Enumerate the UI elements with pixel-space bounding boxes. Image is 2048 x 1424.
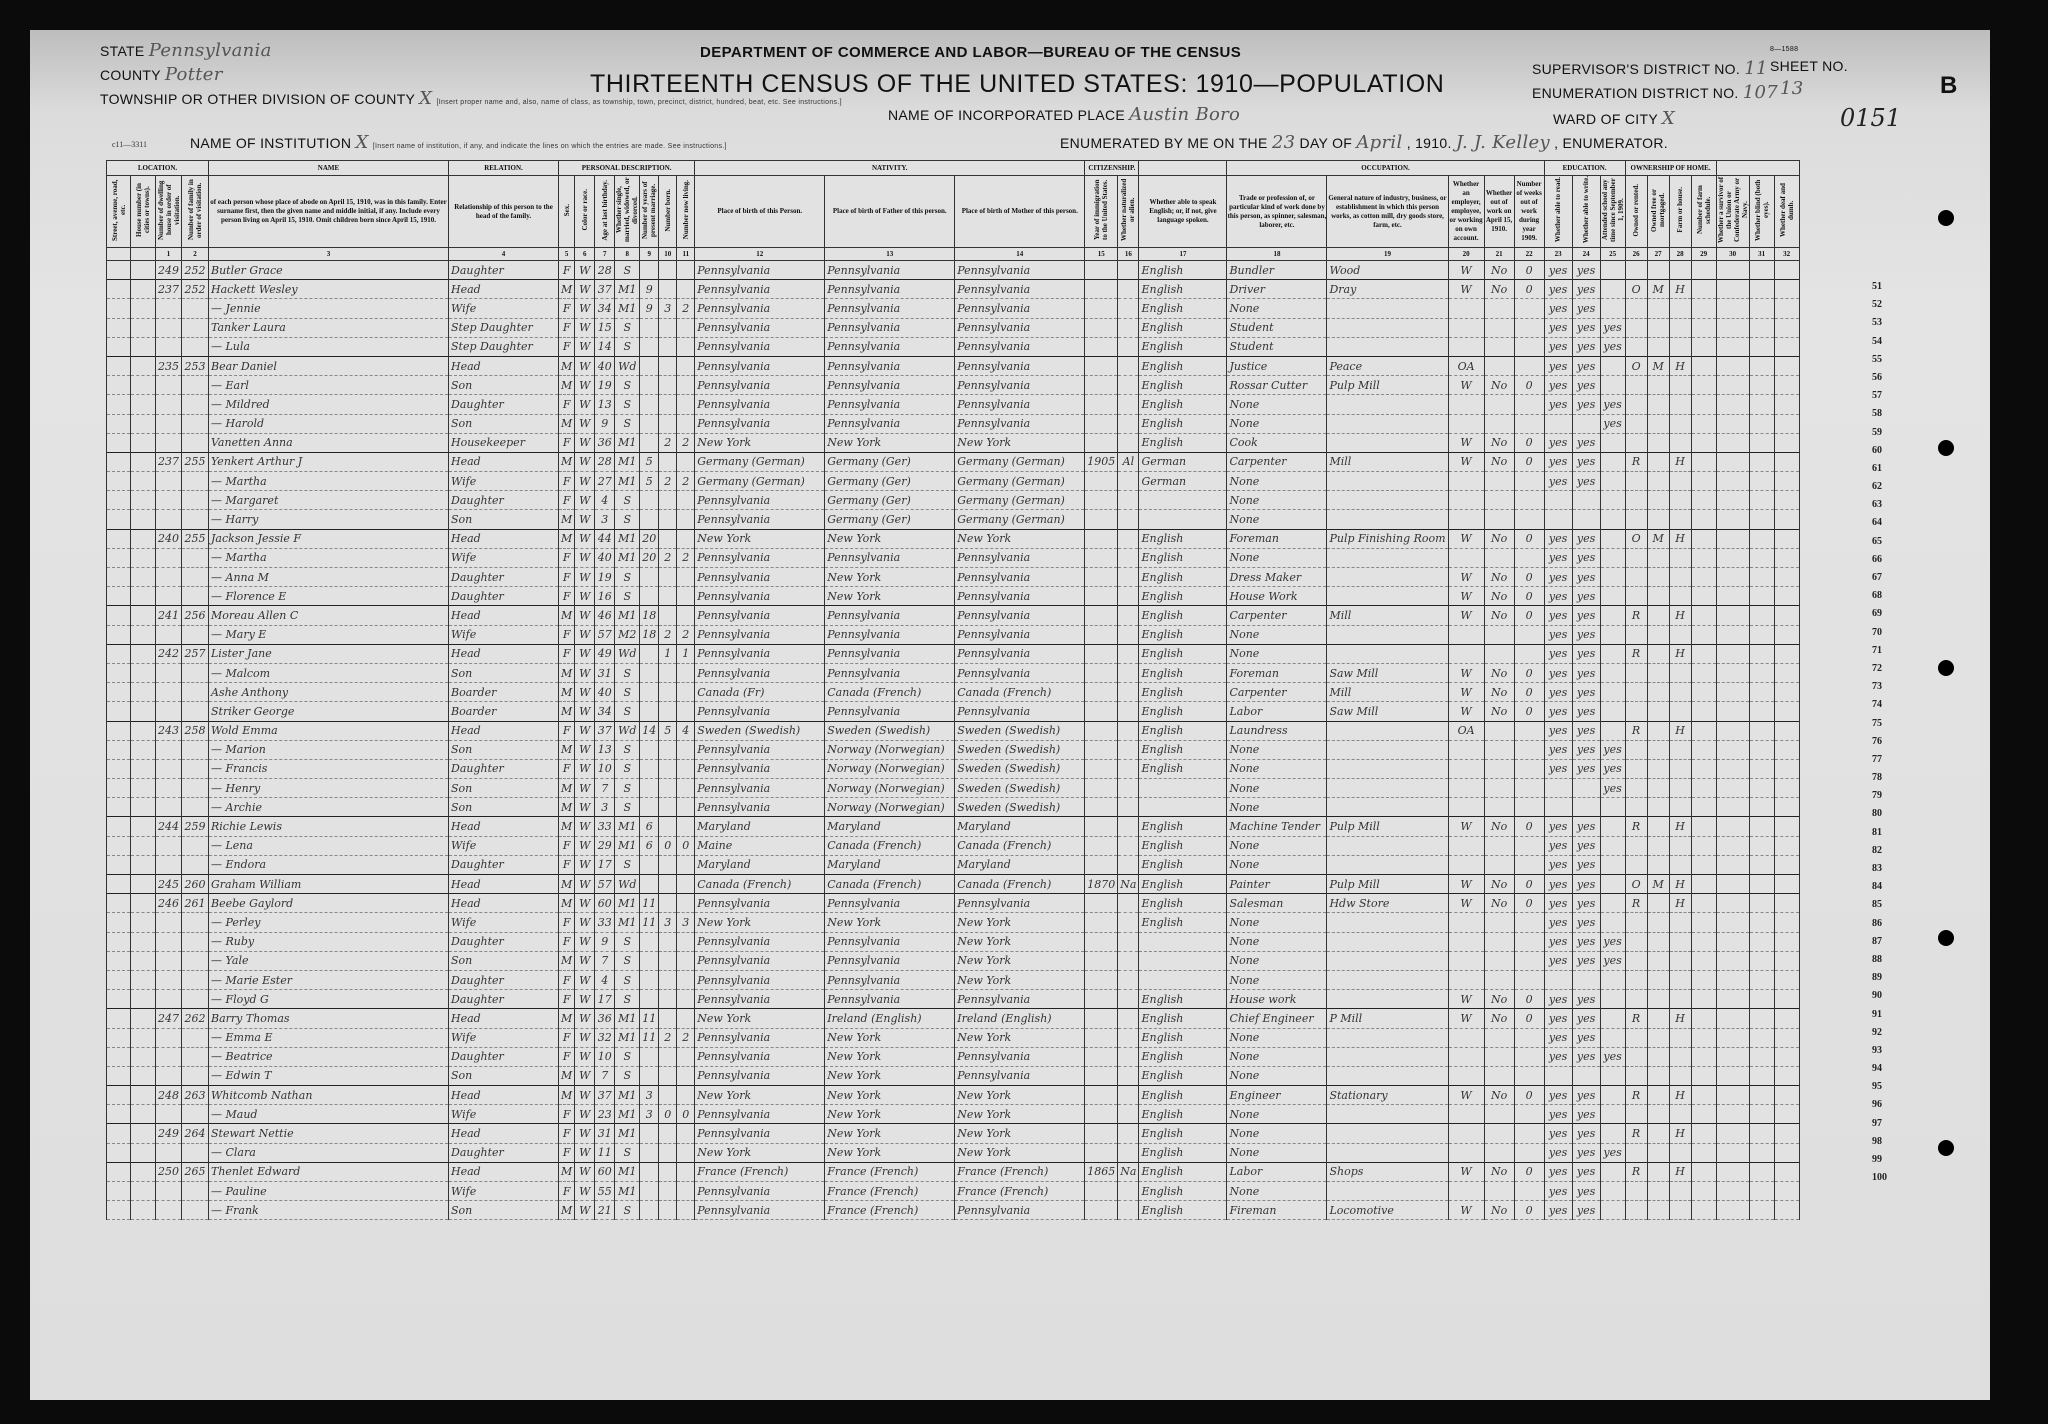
institution-note: [Insert name of institution, if any, and…: [373, 143, 727, 150]
cell-trade: Labor: [1227, 702, 1327, 721]
cell-mother: Pennsylvania: [955, 318, 1085, 337]
cell-write: yes: [1572, 376, 1600, 395]
cell-marital: S: [615, 261, 640, 280]
cell-lang: English: [1139, 1162, 1227, 1181]
column-number: 4: [449, 248, 559, 261]
cell-age: 17: [595, 990, 615, 1009]
cell-blank: [1749, 913, 1774, 932]
cell-imm: [1085, 894, 1118, 913]
cell-born: [659, 318, 677, 337]
table-row: — Emma EWifeFW32M11122PennsylvaniaNew Yo…: [107, 1028, 1800, 1047]
cell-sex: F: [559, 759, 575, 778]
cell-industry: [1327, 990, 1448, 1009]
cell-out: No: [1484, 894, 1514, 913]
cell-read: yes: [1544, 452, 1572, 471]
cell-sched: [1691, 280, 1716, 299]
cell-birth: Pennsylvania: [695, 356, 825, 375]
line-number: 58: [1872, 405, 1902, 423]
cell-birth: Pennsylvania: [695, 606, 825, 625]
cell-living: [677, 875, 695, 894]
cell-free: [1647, 1124, 1669, 1143]
census-table: LOCATION. NAME RELATION. PERSONAL DESCRI…: [106, 160, 1800, 1220]
enumerated-field: ENUMERATED BY ME ON THE 23 DAY OF April …: [1060, 132, 1668, 153]
cell-read: [1544, 1066, 1572, 1085]
cell-farm: [1669, 414, 1691, 433]
cell-mother: Sweden (Swedish): [955, 798, 1085, 817]
cell-nat: [1118, 855, 1139, 874]
cell-blank: [107, 510, 131, 529]
cell-trade: Painter: [1227, 875, 1327, 894]
cell-family: [182, 951, 209, 970]
cell-write: yes: [1572, 337, 1600, 356]
cell-sex: F: [559, 970, 575, 989]
cell-blank: [1749, 606, 1774, 625]
cell-family: 252: [182, 280, 209, 299]
cell-sex: M: [559, 280, 575, 299]
cell-family: [182, 568, 209, 587]
cell-industry: [1327, 836, 1448, 855]
column-number: 30: [1716, 248, 1749, 261]
cell-name: — Edwin T: [209, 1066, 449, 1085]
cell-birth: Pennsylvania: [695, 376, 825, 395]
cell-lang: German: [1139, 452, 1227, 471]
cell-write: yes: [1572, 452, 1600, 471]
cell-family: [182, 740, 209, 759]
cell-blank: [1774, 894, 1799, 913]
cell-lang: English: [1139, 855, 1227, 874]
cell-age: 32: [595, 1028, 615, 1047]
cell-trade: Justice: [1227, 356, 1327, 375]
cell-industry: Dray: [1327, 280, 1448, 299]
cell-sched: [1691, 414, 1716, 433]
cell-industry: [1327, 395, 1448, 414]
cell-weeks: 0: [1514, 433, 1544, 452]
cell-trade: Cook: [1227, 433, 1327, 452]
cell-out: [1484, 644, 1514, 663]
sheet-label: SHEET NO.: [1770, 58, 1848, 74]
cell-name: — Ruby: [209, 932, 449, 951]
cell-age: 37: [595, 280, 615, 299]
cell-name: Yenkert Arthur J: [209, 452, 449, 471]
cell-living: 2: [677, 548, 695, 567]
cell-trade: Fireman: [1227, 1201, 1327, 1220]
cell-trade: None: [1227, 836, 1327, 855]
cell-school: [1600, 1086, 1625, 1105]
cell-blank: [1749, 1009, 1774, 1028]
cell-birth: Pennsylvania: [695, 970, 825, 989]
cell-marital: S: [615, 1201, 640, 1220]
cell-blank: [1716, 702, 1749, 721]
cell-family: [182, 587, 209, 606]
cell-relation: Wife: [449, 472, 559, 491]
cell-weeks: [1514, 836, 1544, 855]
cell-father: Canada (French): [825, 683, 955, 702]
cell-out: No: [1484, 875, 1514, 894]
cell-born: [659, 414, 677, 433]
cell-dwelling: 243: [156, 721, 182, 740]
cell-marital: Wd: [615, 721, 640, 740]
cell-free: [1647, 1009, 1669, 1028]
cell-relation: Son: [449, 510, 559, 529]
cell-birth: Pennsylvania: [695, 759, 825, 778]
cell-blank: [107, 1047, 131, 1066]
cell-out: No: [1484, 433, 1514, 452]
cell-imm: [1085, 510, 1118, 529]
cell-born: [659, 568, 677, 587]
cell-race: W: [575, 587, 595, 606]
cell-trade: Driver: [1227, 280, 1327, 299]
cell-out: No: [1484, 817, 1514, 836]
cell-own: [1625, 1028, 1647, 1047]
cell-dwelling: 244: [156, 817, 182, 836]
cell-birth: Pennsylvania: [695, 414, 825, 433]
cell-own: [1625, 337, 1647, 356]
cell-trade: None: [1227, 625, 1327, 644]
cell-blank: [1774, 376, 1799, 395]
cell-read: yes: [1544, 721, 1572, 740]
cell-blank: [1749, 299, 1774, 318]
cell-name: — Endora: [209, 855, 449, 874]
cell-dwelling: [156, 376, 182, 395]
cell-trade: None: [1227, 970, 1327, 989]
cell-weeks: [1514, 337, 1544, 356]
cell-marital: M1: [615, 1028, 640, 1047]
cell-blank: [1716, 1143, 1749, 1162]
cell-own: R: [1625, 606, 1647, 625]
table-row: — Floyd GDaughterFW17SPennsylvaniaPennsy…: [107, 990, 1800, 1009]
cell-sex: F: [559, 1028, 575, 1047]
cell-mother: New York: [955, 970, 1085, 989]
cell-lang: English: [1139, 1182, 1227, 1201]
cell-race: W: [575, 990, 595, 1009]
cell-blank: [1774, 740, 1799, 759]
cell-imm: [1085, 606, 1118, 625]
cell-birth: Pennsylvania: [695, 644, 825, 663]
cell-out: [1484, 1066, 1514, 1085]
enumerated-month: April: [1356, 132, 1402, 153]
col-school: Attended school any time since September…: [1601, 176, 1625, 244]
cell-farm: H: [1669, 817, 1691, 836]
cell-industry: Pulp Mill: [1327, 875, 1448, 894]
cell-read: yes: [1544, 913, 1572, 932]
cell-blank: [1749, 376, 1774, 395]
cell-father: Pennsylvania: [825, 644, 955, 663]
cell-trade: None: [1227, 779, 1327, 798]
cell-marital: S: [615, 855, 640, 874]
line-numbers: 5152535455565758596061626364656667686970…: [1872, 278, 1902, 1187]
cell-nat: [1118, 433, 1139, 452]
cell-out: [1484, 299, 1514, 318]
cell-family: 258: [182, 721, 209, 740]
cell-industry: Mill: [1327, 683, 1448, 702]
cell-mother: Pennsylvania: [955, 990, 1085, 1009]
cell-read: yes: [1544, 376, 1572, 395]
cell-blank: [131, 548, 156, 567]
table-row: — MalcomSonMW31SPennsylvaniaPennsylvania…: [107, 663, 1800, 682]
cell-blank: [107, 1201, 131, 1220]
group-occupation: OCCUPATION.: [1227, 161, 1544, 176]
cell-living: 0: [677, 1105, 695, 1124]
cell-name: — Emma E: [209, 1028, 449, 1047]
cell-blank: [1716, 1124, 1749, 1143]
cell-sched: [1691, 472, 1716, 491]
cell-industry: [1327, 970, 1448, 989]
cell-living: [677, 491, 695, 510]
cell-father: Pennsylvania: [825, 990, 955, 1009]
cell-farm: [1669, 798, 1691, 817]
cell-blank: [107, 395, 131, 414]
cell-age: 31: [595, 663, 615, 682]
cell-blank: [1749, 970, 1774, 989]
line-number: 86: [1872, 915, 1902, 933]
cell-years: [640, 376, 659, 395]
cell-nat: [1118, 894, 1139, 913]
cell-blank: [131, 740, 156, 759]
cell-dwelling: [156, 433, 182, 452]
cell-school: [1600, 452, 1625, 471]
cell-race: W: [575, 779, 595, 798]
cell-age: 57: [595, 875, 615, 894]
cell-father: Germany (Ger): [825, 452, 955, 471]
cell-own: [1625, 779, 1647, 798]
cell-dwelling: [156, 759, 182, 778]
cell-blank: [107, 644, 131, 663]
cell-emp: [1448, 395, 1484, 414]
cell-own: [1625, 913, 1647, 932]
cell-out: [1484, 951, 1514, 970]
cell-trade: None: [1227, 855, 1327, 874]
cell-emp: W: [1448, 875, 1484, 894]
line-number: 83: [1872, 860, 1902, 878]
cell-blank: [131, 951, 156, 970]
cell-blank: [131, 663, 156, 682]
cell-read: [1544, 414, 1572, 433]
cell-industry: [1327, 721, 1448, 740]
line-number: 80: [1872, 805, 1902, 823]
cell-trade: None: [1227, 414, 1327, 433]
cell-school: yes: [1600, 1143, 1625, 1162]
cell-sched: [1691, 337, 1716, 356]
line-number: 60: [1872, 442, 1902, 460]
cell-farm: [1669, 299, 1691, 318]
cell-dwelling: [156, 683, 182, 702]
cell-blank: [107, 683, 131, 702]
column-number: 26: [1625, 248, 1647, 261]
cell-relation: Daughter: [449, 568, 559, 587]
cell-blank: [131, 932, 156, 951]
cell-family: [182, 337, 209, 356]
cell-imm: [1085, 376, 1118, 395]
cell-industry: [1327, 932, 1448, 951]
cell-name: — Harold: [209, 414, 449, 433]
cell-age: 15: [595, 318, 615, 337]
cell-family: [182, 472, 209, 491]
cell-mother: France (French): [955, 1182, 1085, 1201]
cell-imm: [1085, 433, 1118, 452]
cell-race: W: [575, 548, 595, 567]
col-write: Whether able to write.: [1582, 176, 1590, 243]
cell-age: 28: [595, 261, 615, 280]
cell-industry: Pulp Finishing Room: [1327, 529, 1448, 548]
cell-sex: F: [559, 1047, 575, 1066]
cell-age: 16: [595, 587, 615, 606]
cell-write: yes: [1572, 529, 1600, 548]
line-number: 71: [1872, 642, 1902, 660]
cell-blank: [1749, 740, 1774, 759]
cell-blank: [1749, 644, 1774, 663]
line-number: 100: [1872, 1169, 1902, 1187]
cell-father: Pennsylvania: [825, 663, 955, 682]
cell-school: [1600, 491, 1625, 510]
cell-blank: [107, 318, 131, 337]
cell-write: [1572, 510, 1600, 529]
cell-mother: Pennsylvania: [955, 606, 1085, 625]
cell-blank: [1749, 452, 1774, 471]
column-number: 9: [640, 248, 659, 261]
cell-father: Pennsylvania: [825, 356, 955, 375]
cell-dwelling: 245: [156, 875, 182, 894]
line-number: 73: [1872, 678, 1902, 696]
cell-born: [659, 663, 677, 682]
cell-trade: None: [1227, 510, 1327, 529]
cell-school: [1600, 510, 1625, 529]
cell-marital: M1: [615, 548, 640, 567]
cell-write: yes: [1572, 759, 1600, 778]
cell-out: No: [1484, 587, 1514, 606]
cell-emp: W: [1448, 663, 1484, 682]
cell-blank: [1774, 452, 1799, 471]
cell-sex: M: [559, 702, 575, 721]
cell-blank: [107, 1182, 131, 1201]
cell-sex: F: [559, 491, 575, 510]
cell-blank: [1749, 663, 1774, 682]
cell-born: [659, 376, 677, 395]
cell-weeks: [1514, 970, 1544, 989]
cell-name: — Maud: [209, 1105, 449, 1124]
cell-imm: [1085, 472, 1118, 491]
cell-read: yes: [1544, 280, 1572, 299]
cell-school: [1600, 663, 1625, 682]
cell-own: [1625, 990, 1647, 1009]
cell-emp: [1448, 951, 1484, 970]
column-number: 24: [1572, 248, 1600, 261]
cell-own: [1625, 433, 1647, 452]
cell-name: — Floyd G: [209, 990, 449, 1009]
cell-birth: Pennsylvania: [695, 491, 825, 510]
cell-school: [1600, 855, 1625, 874]
cell-emp: W: [1448, 261, 1484, 280]
cell-emp: [1448, 1124, 1484, 1143]
cell-blank: [1749, 318, 1774, 337]
cell-marital: S: [615, 740, 640, 759]
cell-own: O: [1625, 356, 1647, 375]
cell-blank: [107, 798, 131, 817]
cell-relation: Daughter: [449, 587, 559, 606]
cell-dwelling: [156, 1028, 182, 1047]
cell-mother: Sweden (Swedish): [955, 740, 1085, 759]
cell-school: [1600, 913, 1625, 932]
cell-race: W: [575, 1182, 595, 1201]
cell-emp: [1448, 1105, 1484, 1124]
column-number: 16: [1118, 248, 1139, 261]
cell-relation: Son: [449, 740, 559, 759]
cell-family: [182, 1028, 209, 1047]
cell-industry: [1327, 644, 1448, 663]
cell-blank: [1749, 759, 1774, 778]
cell-sex: M: [559, 606, 575, 625]
column-number: 25: [1600, 248, 1625, 261]
cell-blank: [1774, 548, 1799, 567]
cell-nat: [1118, 472, 1139, 491]
col-read: Whether able to read.: [1554, 177, 1562, 242]
cell-weeks: [1514, 299, 1544, 318]
cell-dwelling: [156, 932, 182, 951]
cell-race: W: [575, 740, 595, 759]
cell-sex: M: [559, 798, 575, 817]
cell-blank: [1716, 1047, 1749, 1066]
cell-out: No: [1484, 683, 1514, 702]
cell-read: yes: [1544, 894, 1572, 913]
cell-own: [1625, 395, 1647, 414]
cell-weeks: 0: [1514, 1009, 1544, 1028]
cell-write: [1572, 491, 1600, 510]
cell-family: [182, 1105, 209, 1124]
cell-blank: [131, 261, 156, 280]
cell-blank: [1749, 414, 1774, 433]
cell-family: 259: [182, 817, 209, 836]
cell-free: [1647, 606, 1669, 625]
cell-nat: [1118, 1028, 1139, 1047]
cell-lang: English: [1139, 587, 1227, 606]
cell-birth: New York: [695, 433, 825, 452]
cell-blank: [131, 1086, 156, 1105]
cell-blank: [1716, 356, 1749, 375]
cell-emp: W: [1448, 606, 1484, 625]
cell-free: [1647, 644, 1669, 663]
cell-living: 2: [677, 433, 695, 452]
cell-trade: Bundler: [1227, 261, 1327, 280]
cell-blank: [107, 1105, 131, 1124]
column-number: 20: [1448, 248, 1484, 261]
cell-mother: Pennsylvania: [955, 337, 1085, 356]
cell-school: yes: [1600, 318, 1625, 337]
cell-blank: [1716, 644, 1749, 663]
cell-living: [677, 1124, 695, 1143]
cell-blank: [1774, 875, 1799, 894]
cell-free: M: [1647, 875, 1669, 894]
cell-school: [1600, 472, 1625, 491]
cell-lang: English: [1139, 759, 1227, 778]
cell-imm: [1085, 1028, 1118, 1047]
cell-sched: [1691, 452, 1716, 471]
cell-family: [182, 990, 209, 1009]
cell-marital: Wd: [615, 356, 640, 375]
cell-name: — Henry: [209, 779, 449, 798]
cell-weeks: 0: [1514, 280, 1544, 299]
table-row: — PaulineWifeFW55M1PennsylvaniaFrance (F…: [107, 1182, 1800, 1201]
cell-mother: New York: [955, 1124, 1085, 1143]
cell-imm: [1085, 932, 1118, 951]
cell-emp: [1448, 932, 1484, 951]
col-children-born: Number born.: [664, 189, 672, 232]
cell-emp: [1448, 414, 1484, 433]
table-row: Striker GeorgeBoarderMW34SPennsylvaniaPe…: [107, 702, 1800, 721]
cell-birth: Pennsylvania: [695, 337, 825, 356]
cell-relation: Head: [449, 1124, 559, 1143]
cell-weeks: 0: [1514, 376, 1544, 395]
cell-sched: [1691, 1028, 1716, 1047]
cell-sex: F: [559, 625, 575, 644]
